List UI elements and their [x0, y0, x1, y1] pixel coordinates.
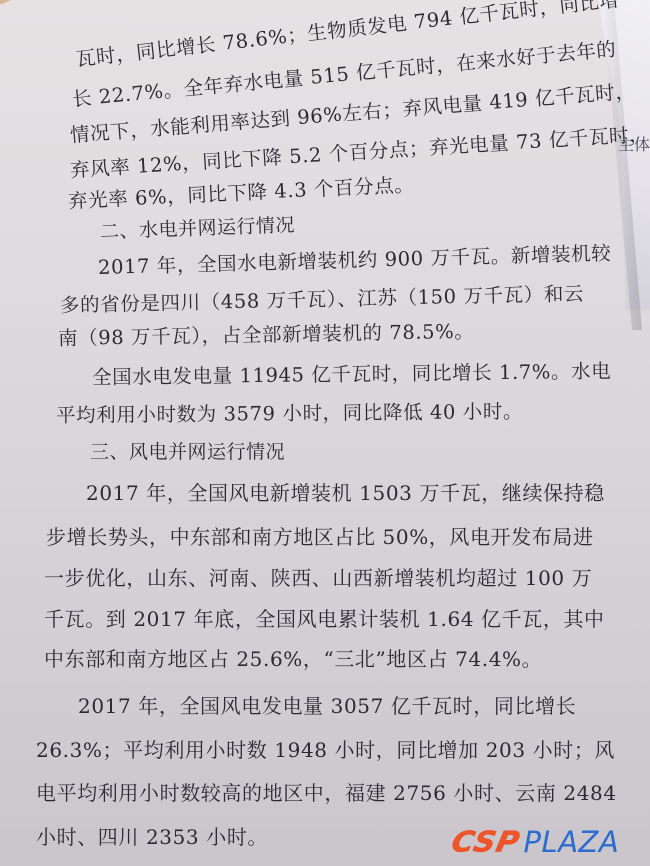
text-line: 2017 年，全国风电发电量 3057 亿千瓦时，同比增长 [78, 690, 576, 719]
text-line: 2017 年，全国水电新增装机约 900 万千瓦。新增装机较 [98, 238, 612, 280]
logo-csp-text: CSP [448, 825, 523, 858]
text-line: 南（98 万千瓦），占全部新增装机的 78.5%。 [58, 316, 475, 351]
watermark-logo: CSP PLAZA [452, 826, 619, 858]
text-line: 一步优化，山东、河南、陕西、山西新增装机均超过 100 万 [44, 562, 592, 591]
text-line: 2017 年，全国风电新增装机 1503 万千瓦，继续保持稳 [86, 477, 605, 506]
text-line: 小时、四川 2353 小时。 [36, 821, 268, 850]
text-line: 多的省份是四川（458 万千瓦）、江苏（150 万千瓦）和云 [60, 278, 585, 318]
background-object [0, 0, 23, 10]
text-line: 平均利用小时数为 3579 小时，同比降低 40 小时。 [56, 396, 523, 428]
text-line: 全国水电发电量 11945 亿千瓦时，同比增长 1.7%。水电 [92, 356, 612, 390]
text-line: 电平均利用小时数较高的地区中，福建 2756 小时、云南 2484 [36, 777, 617, 806]
logo-plaza-text: PLAZA [524, 825, 620, 859]
text-line: 中东部和南方地区占 25.6%，“三北”地区占 74.4%。 [44, 643, 542, 672]
text-line: 步增长势头，中东部和南方地区占比 50%，风电开发布局进 [46, 521, 594, 550]
section-heading: 三、风电并网运行情况 [90, 437, 285, 464]
section-heading: 二、水电并网运行情况 [100, 210, 296, 244]
text-line: 千瓦。到 2017 年底，全国风电累计装机 1.64 亿千瓦，其中 [44, 603, 605, 632]
text-line: 26.3%；平均利用小时数 1948 小时，同比增加 203 小时；风 [36, 734, 615, 763]
